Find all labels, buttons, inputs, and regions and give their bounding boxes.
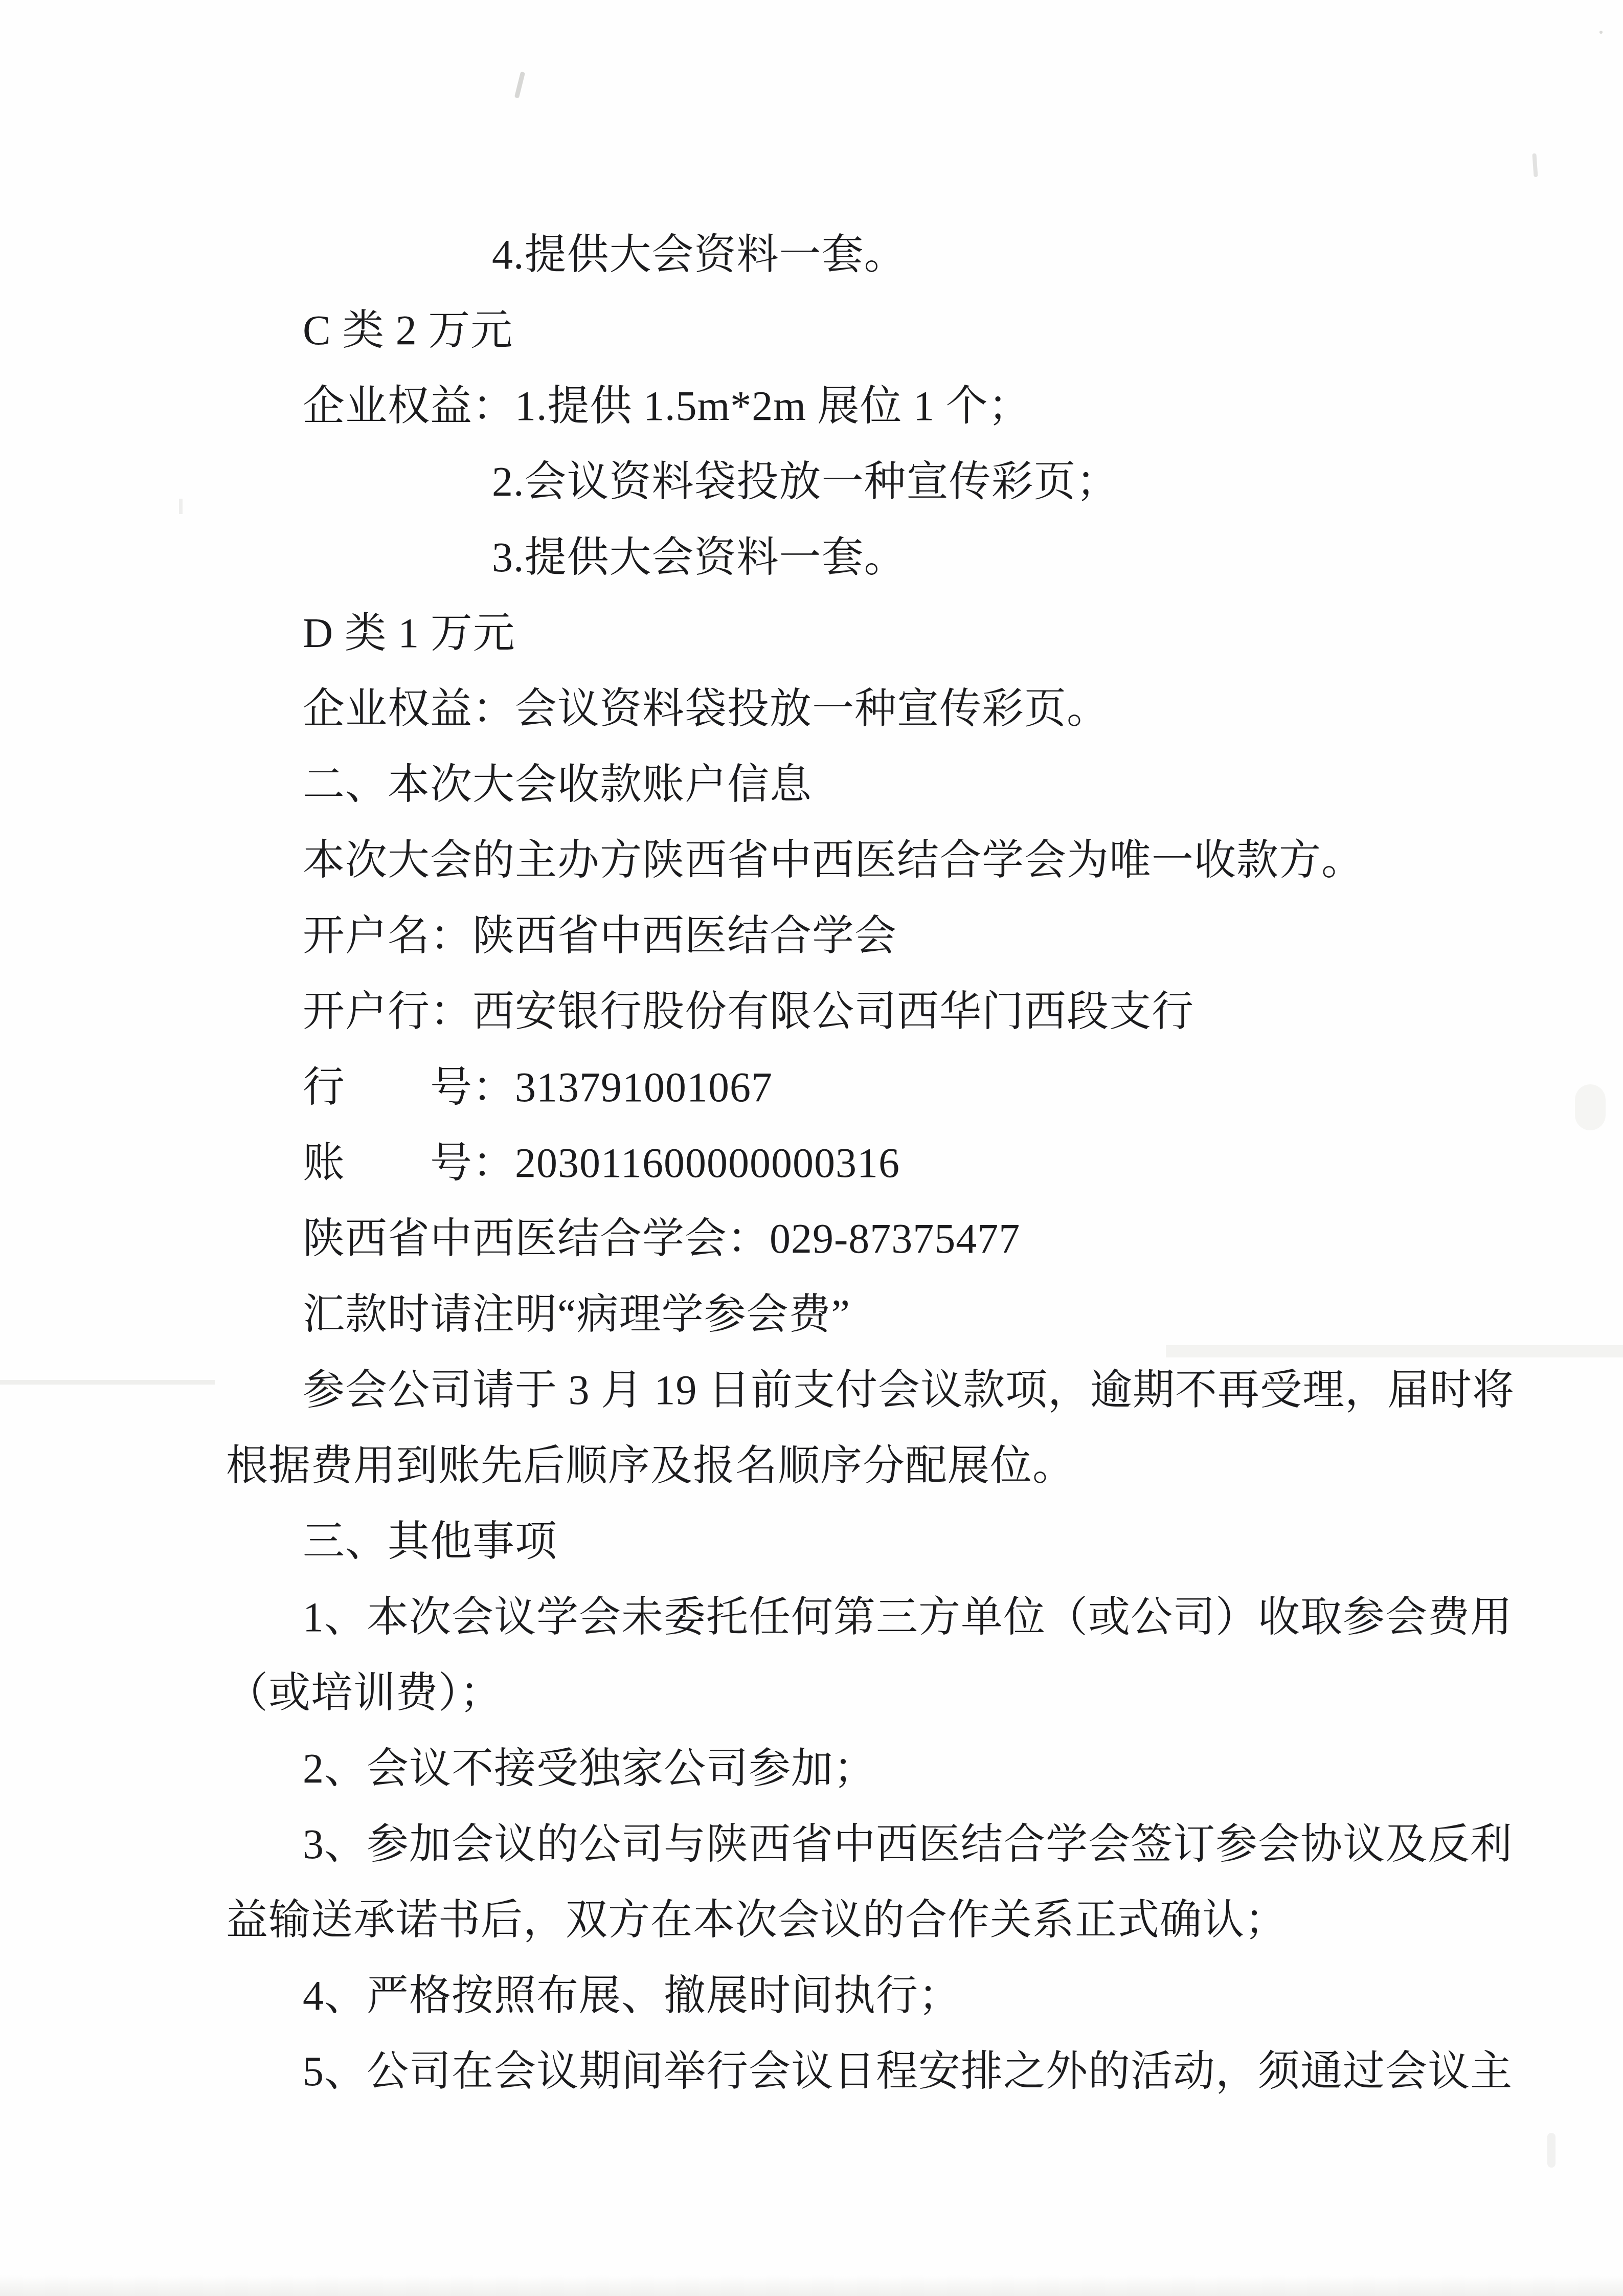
- text-line: 根据费用到账先后顺序及报名顺序分配展位。: [226, 1428, 1623, 1504]
- text-line: 3.提供大会资料一套。: [492, 520, 1623, 595]
- document-page: 4.提供大会资料一套。 C 类 2 万元 企业权益：1.提供 1.5m*2m 展…: [0, 0, 1623, 2296]
- text-line: D 类 1 万元: [303, 595, 1623, 671]
- scan-artifact: [1547, 2133, 1556, 2168]
- text-line: 1、本次会议学会未委托任何第三方单位（或公司）收取参会费用: [303, 1579, 1623, 1655]
- text-line: 开户行：西安银行股份有限公司西华门西段支行: [303, 974, 1623, 1050]
- text-line: 汇款时请注明“病理学参会费”: [303, 1277, 1623, 1352]
- text-line: 开户名：陕西省中西医结合学会: [303, 898, 1623, 974]
- scan-artifact: [0, 2275, 1623, 2296]
- scan-artifact: [1532, 153, 1538, 177]
- text-line: 益输送承诺书后，双方在本次会议的合作关系正式确认；: [226, 1882, 1623, 1958]
- text-line: 行 号：313791001067: [303, 1050, 1623, 1125]
- text-line: 2、会议不接受独家公司参加；: [303, 1731, 1623, 1807]
- text-line: 2.会议资料袋投放一种宣传彩页；: [492, 444, 1623, 520]
- text-line: 本次大会的主办方陕西省中西医结合学会为唯一收款方。: [303, 822, 1623, 898]
- document-text-block: 4.提供大会资料一套。 C 类 2 万元 企业权益：1.提供 1.5m*2m 展…: [0, 217, 1623, 2109]
- scan-artifact: [1599, 31, 1603, 34]
- scan-artifact: [514, 72, 525, 99]
- text-line: 陕西省中西医结合学会：029-87375477: [303, 1201, 1623, 1277]
- section-heading: 三、其他事项: [303, 1504, 1623, 1579]
- text-line: 4.提供大会资料一套。: [492, 217, 1623, 293]
- text-line: 企业权益：1.提供 1.5m*2m 展位 1 个；: [303, 368, 1623, 444]
- text-line: （或培训费）；: [226, 1655, 1623, 1731]
- text-line: 3、参加会议的公司与陕西省中西医结合学会签订参会协议及反利: [303, 1807, 1623, 1882]
- text-line: 4、严格按照布展、撤展时间执行；: [303, 1958, 1623, 2034]
- text-line: 账 号：203011600000000316: [303, 1125, 1623, 1201]
- text-line: 企业权益：会议资料袋投放一种宣传彩页。: [303, 671, 1623, 747]
- section-heading: 二、本次大会收款账户信息: [303, 747, 1623, 822]
- text-line: 参会公司请于 3 月 19 日前支付会议款项，逾期不再受理，届时将: [303, 1352, 1623, 1428]
- text-line: C 类 2 万元: [303, 293, 1623, 368]
- text-line: 5、公司在会议期间举行会议日程安排之外的活动，须通过会议主: [303, 2034, 1623, 2109]
